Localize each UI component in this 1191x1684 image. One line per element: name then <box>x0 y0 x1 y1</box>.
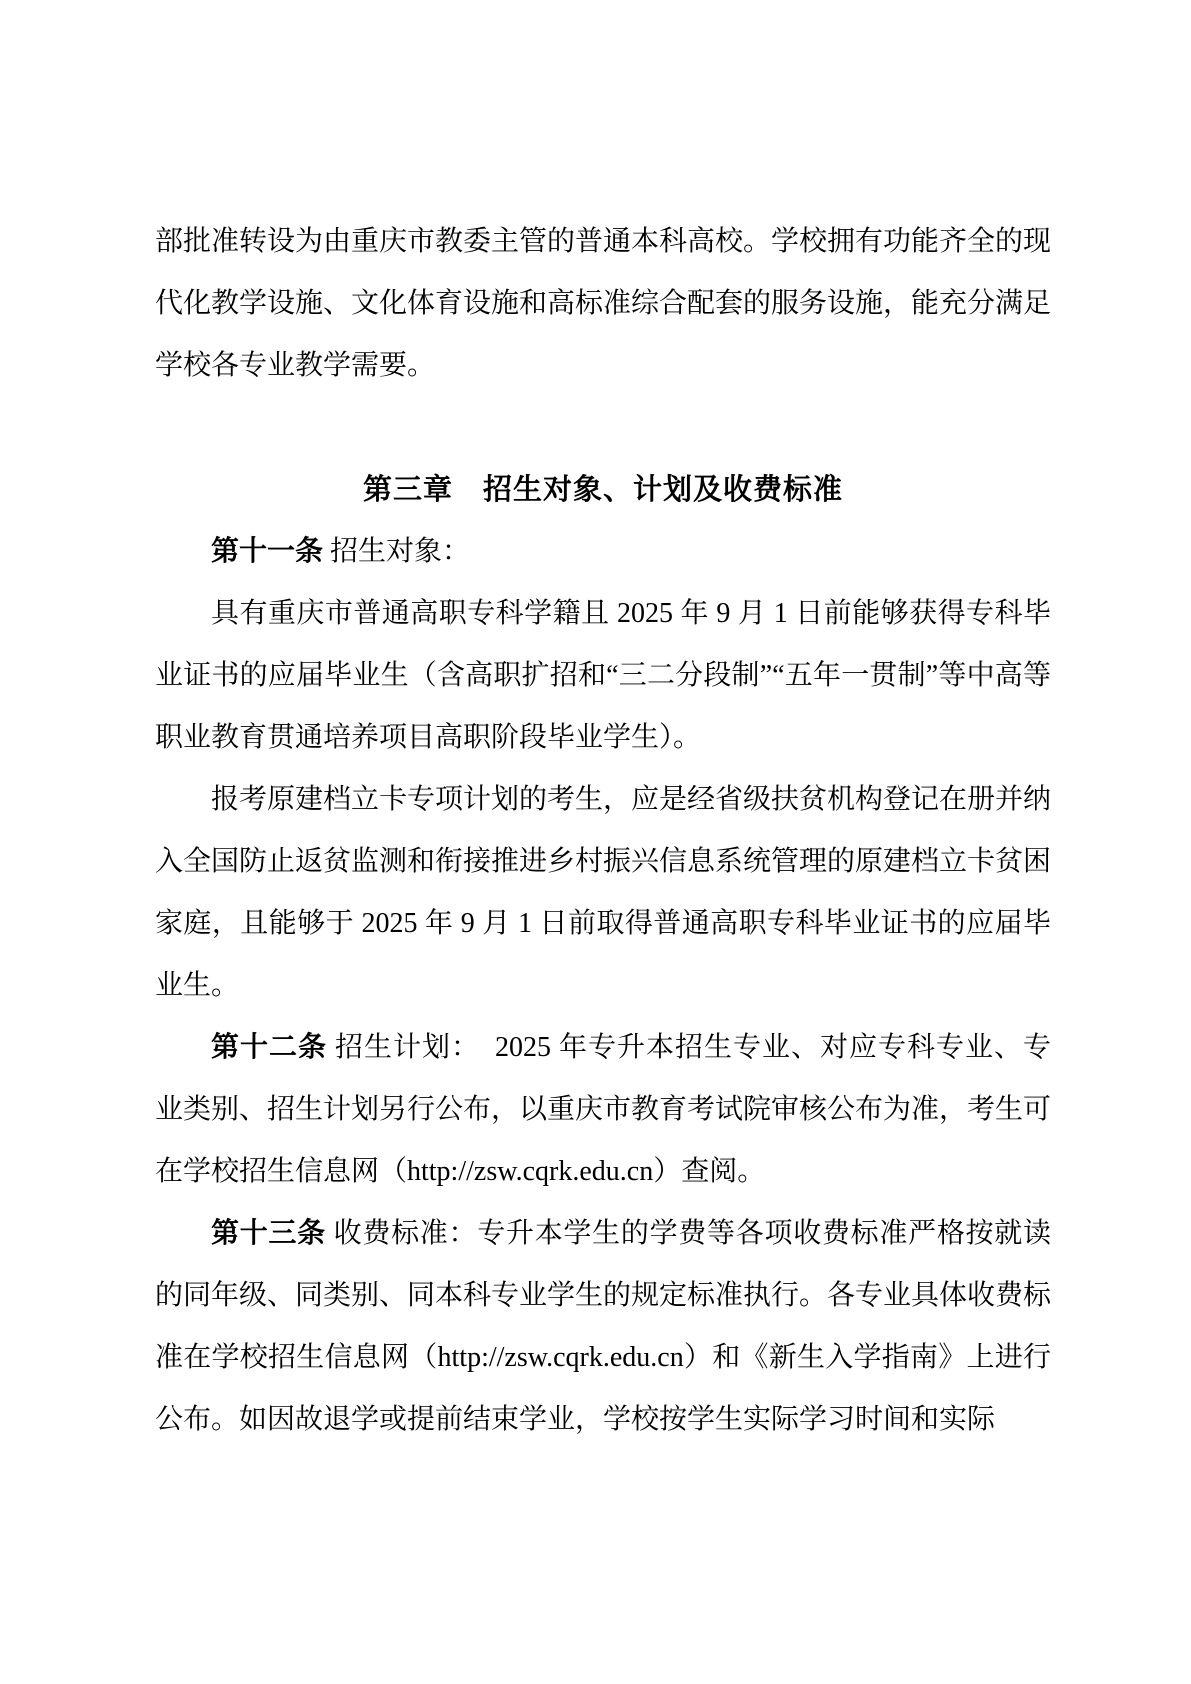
chapter-heading: 第三章 招生对象、计划及收费标准 <box>155 459 1051 521</box>
paragraph-continuation: 部批准转设为由重庆市教委主管的普通本科高校。学校拥有功能齐全的现代化教学设施、文… <box>155 211 1051 397</box>
article-11-text: 招生对象： <box>323 536 470 567</box>
paragraph-article-11: 第十一条 招生对象： <box>155 521 1051 583</box>
paragraph-special-plan: 报考原建档立卡专项计划的考生，应是经省级扶贫机构登记在册并纳入全国防止返贫监测和… <box>155 769 1051 1017</box>
paragraph-article-13: 第十三条 收费标准：专升本学生的学费等各项收费标准严格按就读的同年级、同类别、同… <box>155 1203 1051 1451</box>
paragraph-eligibility: 具有重庆市普通高职专科学籍且 2025 年 9 月 1 日前能够获得专科毕业证书… <box>155 583 1051 769</box>
article-13-text: 收费标准：专升本学生的学费等各项收费标准严格按就读的同年级、同类别、同本科专业学… <box>155 1218 1051 1435</box>
paragraph-article-12: 第十二条 招生计划： 2025 年专升本招生专业、对应专科专业、专业类别、招生计… <box>155 1017 1051 1203</box>
document-page: 部批准转设为由重庆市教委主管的普通本科高校。学校拥有功能齐全的现代化教学设施、文… <box>0 0 1191 1684</box>
article-13-number: 第十三条 <box>211 1218 326 1249</box>
article-12-number: 第十二条 <box>211 1032 327 1063</box>
article-11-number: 第十一条 <box>211 536 323 567</box>
